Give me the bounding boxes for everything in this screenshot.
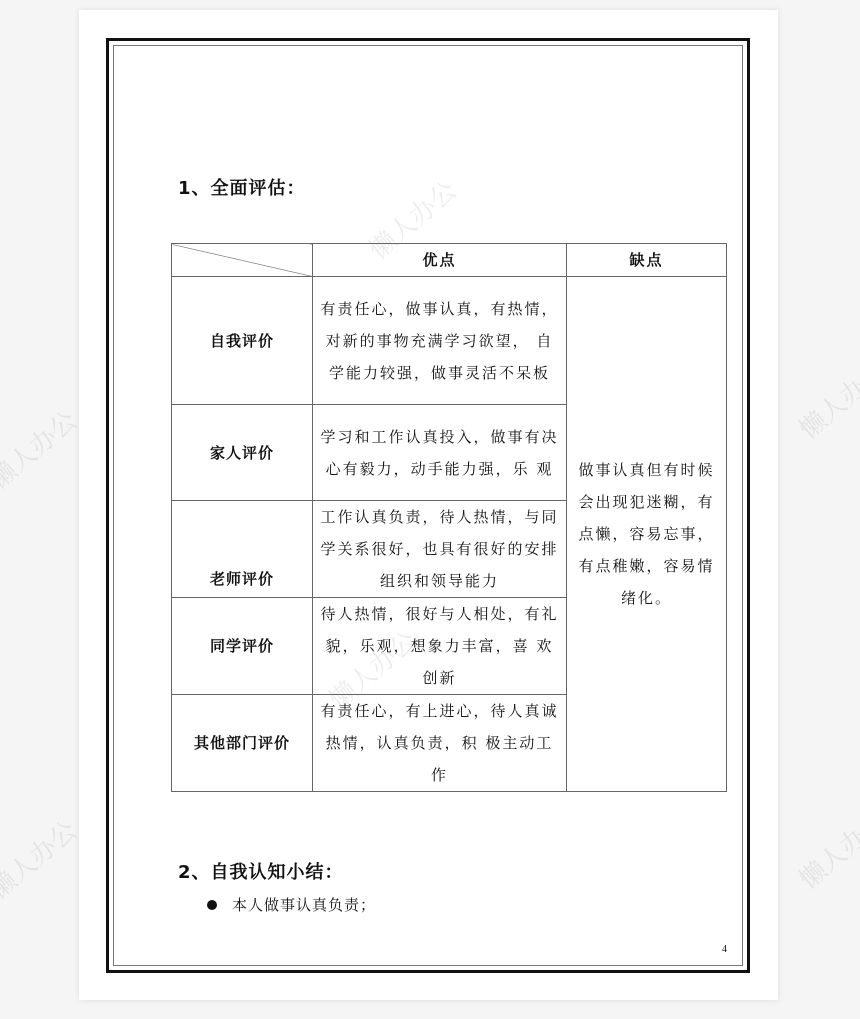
section-heading-overall-assessment: 1、全面评估： (178, 174, 306, 200)
strengths-cell: 学习和工作认真投入，做事有决心有毅力，动手能力强，乐 观 (313, 405, 567, 501)
strengths-cell: 待人热情，很好与人相处，有礼貌，乐观，想象力丰富，喜 欢创新 (313, 598, 567, 695)
row-label: 自我评价 (172, 277, 313, 405)
bullet-text: 本人做事认真负责； (232, 894, 376, 915)
table-header-row: 优点 缺点 (172, 244, 727, 277)
section-heading-self-awareness: 2、自我认知小结： (178, 858, 344, 884)
bullet-icon (207, 900, 217, 910)
table-row: 自我评价 有责任心，做事认真，有热情，对新的事物充满学习欲望， 自学能力较强，做… (172, 277, 727, 405)
watermark: 懒人办公 (0, 401, 84, 496)
watermark: 懒人办公 (0, 811, 84, 906)
row-label: 家人评价 (172, 405, 313, 501)
diagonal-header-cell (172, 244, 313, 277)
watermark: 懒人办公 (790, 351, 860, 446)
row-label: 其他部门评价 (172, 695, 313, 792)
weaknesses-cell: 做事认真但有时候会出现犯迷糊，有点懒，容易忘事，有点稚嫩，容易情绪化。 (567, 277, 727, 792)
strengths-cell: 有责任心，做事认真，有热情，对新的事物充满学习欲望， 自学能力较强，做事灵活不呆… (313, 277, 567, 405)
page-number: 4 (722, 944, 727, 955)
evaluation-table: 优点 缺点 自我评价 有责任心，做事认真，有热情，对新的事物充满学习欲望， 自学… (171, 243, 727, 792)
strengths-cell: 有责任心，有上进心，待人真诚热情，认真负责，积 极主动工作 (313, 695, 567, 792)
header-weaknesses: 缺点 (567, 244, 727, 277)
bullet-item: 本人做事认真负责； (207, 894, 376, 915)
watermark: 懒人办公 (790, 801, 860, 896)
row-label: 同学评价 (172, 598, 313, 695)
row-label: 老师评价 (172, 501, 313, 598)
header-strengths: 优点 (313, 244, 567, 277)
strengths-cell: 工作认真负责，待人热情，与同学关系很好，也具有很好的安排组织和领导能力 (313, 501, 567, 598)
